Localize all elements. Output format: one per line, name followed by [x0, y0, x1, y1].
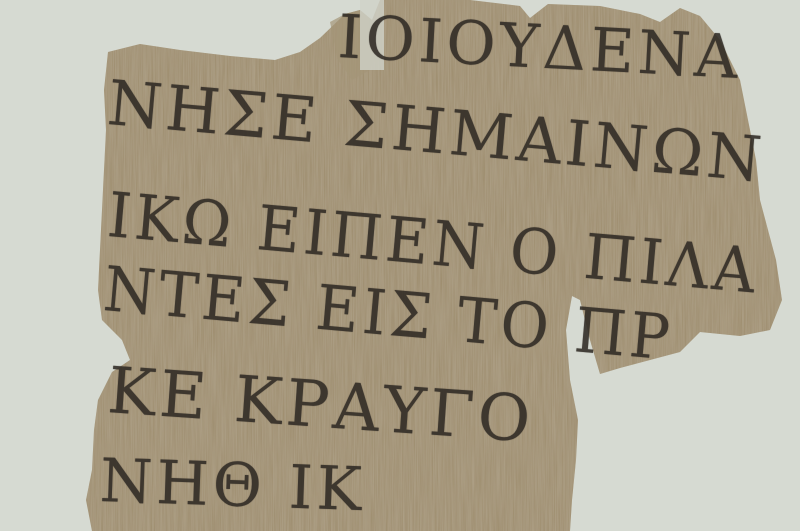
- photo-stage: ΙΟΙΟΥΔΕΝΑ ΝΗΣΕ ΣΗΜΑΙΝΩΝ ΙΚΩ ΕΙΠΕΝ Ο ΠΙΛΑ…: [0, 0, 800, 531]
- text-line-6: ΝΗΘ ΙΚ: [99, 446, 367, 525]
